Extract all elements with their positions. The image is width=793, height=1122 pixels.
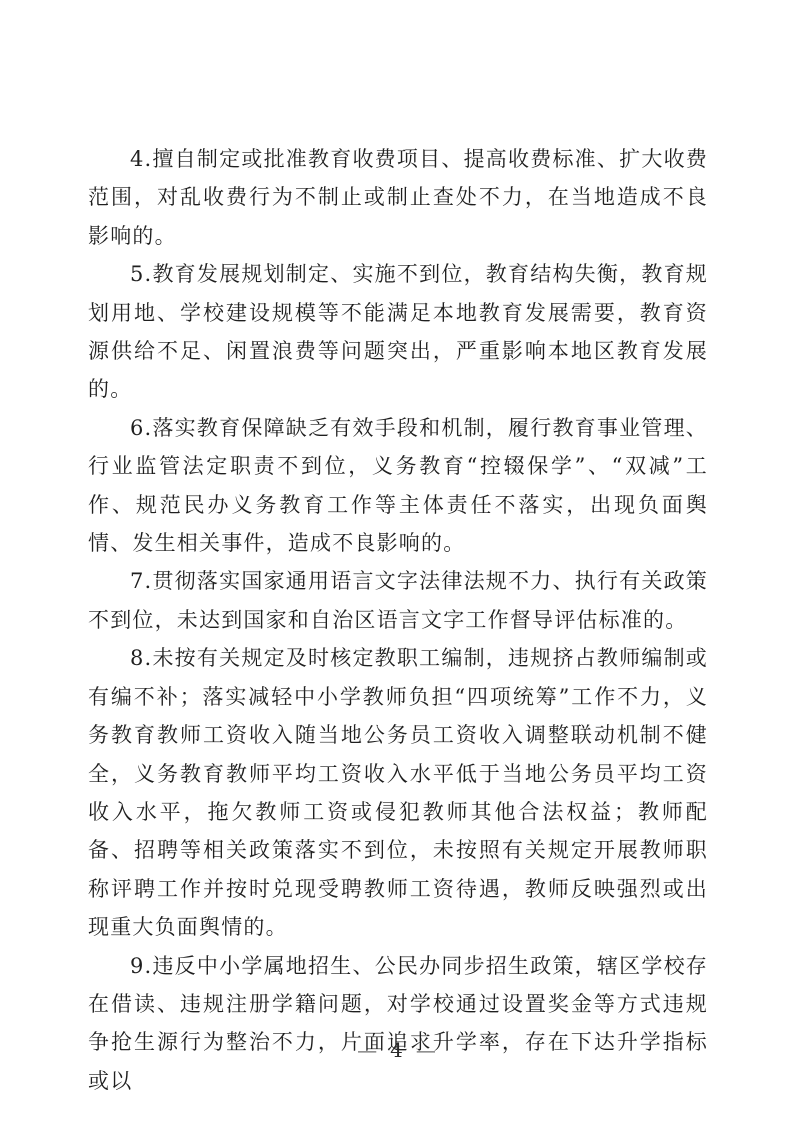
violation-item-5: 5.教育发展规划制定、实施不到位，教育结构失衡，教育规划用地、学校建设规模等不能… bbox=[88, 255, 708, 409]
violation-item-8: 8.未按有关规定及时核定教职工编制，违规挤占教师编制或有编不补；落实减轻中小学教… bbox=[88, 639, 708, 946]
page-footer: —4— bbox=[0, 1038, 793, 1062]
footer-left-dash: — bbox=[357, 1038, 377, 1062]
violation-item-9: 9.违反中小学属地招生、公民办同步招生政策，辖区学校存在借读、违规注册学籍问题，… bbox=[88, 947, 708, 1101]
footer-right-dash: — bbox=[416, 1038, 436, 1062]
violation-item-7: 7.贯彻落实国家通用语言文字法律法规不力、执行有关政策不到位，未达到国家和自治区… bbox=[88, 562, 708, 639]
page-number: 4 bbox=[390, 1038, 403, 1062]
document-body: 4.擅自制定或批准教育收费项目、提高收费标准、扩大收费范围，对乱收费行为不制止或… bbox=[88, 140, 708, 1100]
document-page: 4.擅自制定或批准教育收费项目、提高收费标准、扩大收费范围，对乱收费行为不制止或… bbox=[0, 0, 793, 1122]
violation-item-6: 6.落实教育保障缺乏有效手段和机制，履行教育事业管理、行业监管法定职责不到位，义… bbox=[88, 409, 708, 563]
violation-item-4: 4.擅自制定或批准教育收费项目、提高收费标准、扩大收费范围，对乱收费行为不制止或… bbox=[88, 140, 708, 255]
